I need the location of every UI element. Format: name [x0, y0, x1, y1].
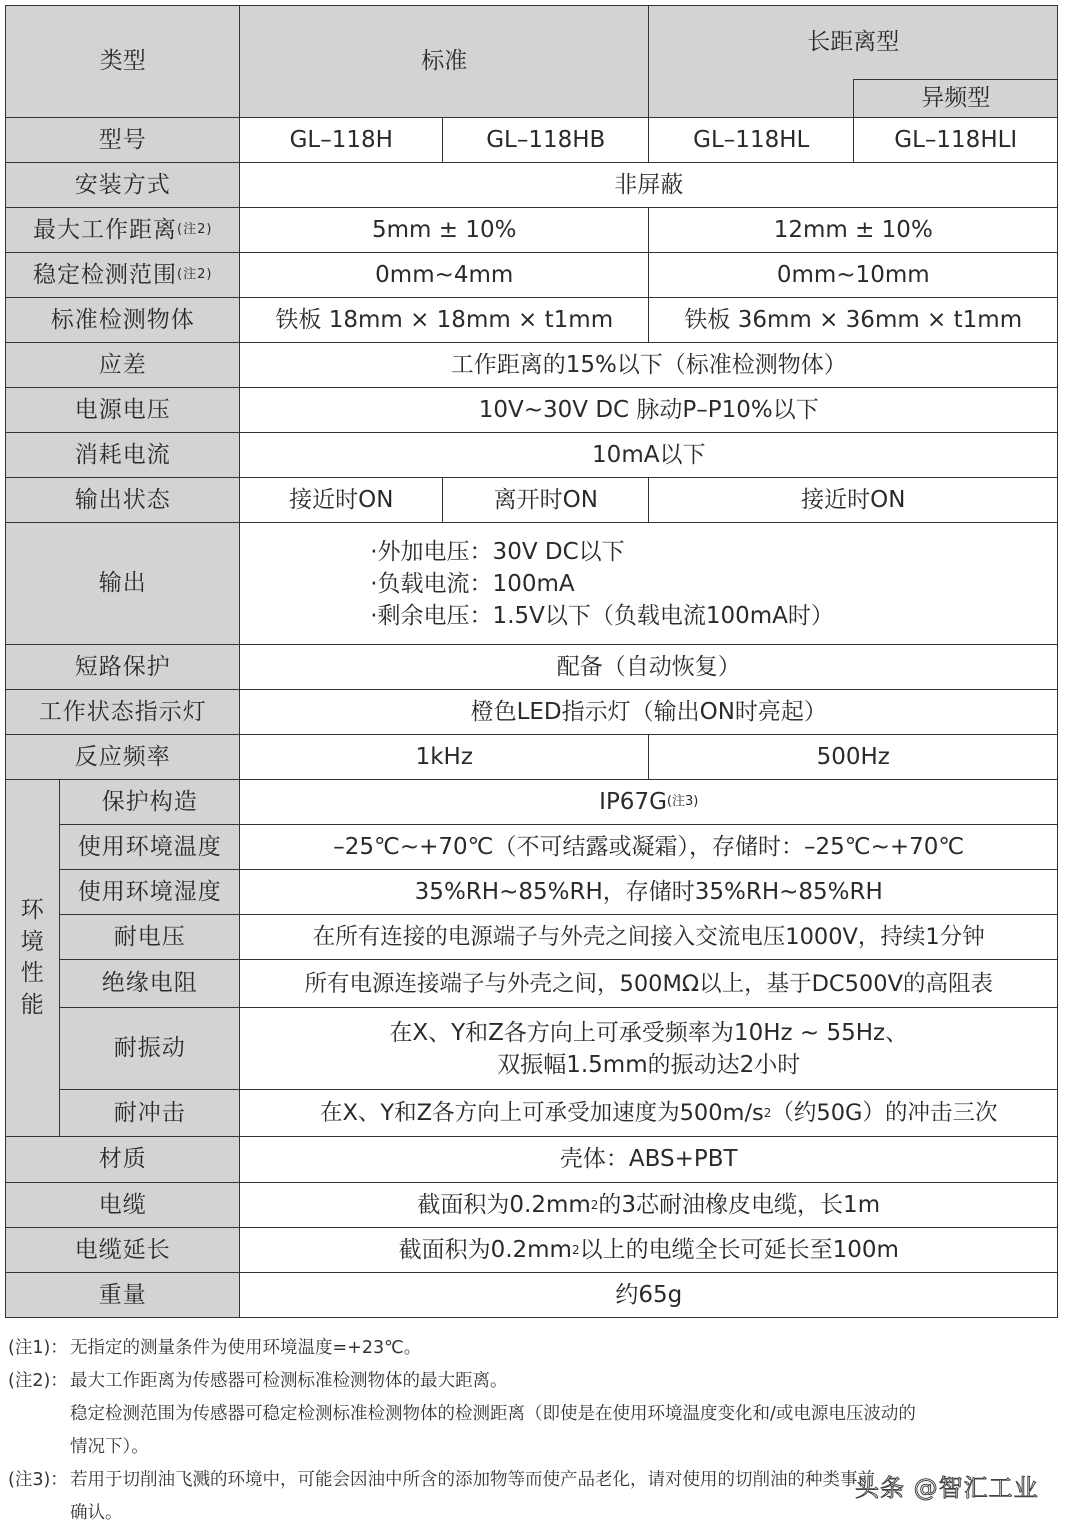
output-state-value: 接近时ON: [239, 477, 443, 523]
value-text: 10V~30V DC 脉动P–P10%以下: [479, 395, 819, 426]
label-text: 耐振动: [114, 1033, 186, 1064]
cable-value: 截面积为0.2mm2的3芯耐油橡皮电缆，长1m: [239, 1182, 1058, 1228]
label-text: 稳定检测范围: [33, 260, 177, 291]
value-text: 以上的电缆全长可延长至100m: [580, 1235, 899, 1266]
output-value-list: ·外加电压：30V DC以下 ·负载电流：100mA ·剩余电压：1.5V以下（…: [239, 522, 1058, 645]
model-cell: GL–118H: [239, 117, 443, 163]
value-text: 截面积为0.2mm: [417, 1190, 590, 1221]
row-label-indicator: 工作状态指示灯: [5, 689, 240, 735]
value-text: 12mm ± 10%: [774, 215, 933, 246]
value-text: 非屏蔽: [614, 170, 683, 201]
label-text: 最大工作距离: [33, 215, 177, 246]
row-label-cable: 电缆: [5, 1182, 240, 1228]
model-text: GL–118H: [290, 125, 393, 156]
weight-value: 约65g: [239, 1272, 1058, 1318]
label-text: 耐冲击: [114, 1098, 186, 1129]
header-standard: 标准: [239, 5, 649, 118]
value-text: 在所有连接的电源端子与外壳之间接入交流电压1000V，持续1分钟: [313, 922, 985, 952]
header-long-range: 长距离型: [648, 5, 1058, 80]
row-label-short-circuit: 短路保护: [5, 644, 240, 690]
value-text: 截面积为0.2mm: [399, 1235, 572, 1266]
row-label-model: 型号: [5, 117, 240, 163]
env-group-label: 环 境 性 能: [5, 779, 60, 1137]
indicator-value: 橙色LED指示灯（输出ON时亮起）: [239, 689, 1058, 735]
current-value: 10mA以下: [239, 432, 1058, 478]
label-text: 电缆: [99, 1190, 147, 1221]
label-text: 应差: [99, 350, 147, 381]
vibration-line: 双振幅1.5mm的振动达2小时: [497, 1049, 800, 1081]
short-circuit-value: 配备（自动恢复）: [239, 644, 1058, 690]
output-item: ·剩余电压：1.5V以下（负载电流100mA时）: [370, 600, 834, 632]
value-text: 所有电源连接端子与外壳之间，500MΩ以上，基于DC500V的高阻表: [305, 969, 993, 999]
note-text: 最大工作距离为传感器可检测标准检测物体的最大距离。: [70, 1365, 508, 1398]
value-text: 0mm~4mm: [375, 260, 513, 291]
stable-range-long: 0mm~10mm: [648, 252, 1058, 298]
value-text: （约50G）的冲击三次: [771, 1098, 997, 1128]
type-label-text: 类型: [100, 46, 146, 77]
row-label-stable-range: 稳定检测范围(注2): [5, 252, 240, 298]
model-text: GL–118HL: [693, 125, 809, 156]
value-text: 10mA以下: [592, 440, 705, 471]
model-cell: GL–118HB: [442, 117, 649, 163]
label-text: 电源电压: [75, 395, 171, 426]
label-text: 标准检测物体: [51, 305, 195, 336]
value-text: 铁板 18mm × 18mm × t1mm: [275, 305, 613, 336]
row-label-output-state: 输出状态: [5, 477, 240, 523]
model-cell: GL–118HL: [648, 117, 854, 163]
value-text: IP67G: [599, 787, 667, 818]
label-text: 保护构造: [102, 787, 198, 818]
output-state-value: 接近时ON: [648, 477, 1058, 523]
row-label-temperature: 使用环境温度: [59, 824, 240, 870]
label-text: 材质: [99, 1144, 147, 1175]
row-label-std-object: 标准检测物体: [5, 297, 240, 343]
value-text: 约65g: [615, 1280, 682, 1311]
note-1: (注1)： 无指定的测量条件为使用环境温度=+23℃。: [8, 1332, 1068, 1365]
group-char: 环: [21, 895, 45, 927]
withstand-voltage-value: 在所有连接的电源端子与外壳之间接入交流电压1000V，持续1分钟: [239, 914, 1058, 960]
label-text: 安装方式: [75, 170, 171, 201]
row-label-vibration: 耐振动: [59, 1007, 240, 1090]
label-text: 电缆延长: [75, 1235, 171, 1266]
different-freq-text: 异频型: [921, 83, 990, 114]
value-text: 工作距离的15%以下（标准检测物体）: [451, 350, 847, 381]
value-text: –25℃~+70℃（不可结露或凝霜），存储时：–25℃~+70℃: [333, 832, 964, 863]
group-char: 能: [21, 990, 45, 1022]
note-tag: (注3)：: [8, 1464, 70, 1497]
note-continuation: 情况下）。: [8, 1431, 1068, 1464]
value-text: 1kHz: [416, 742, 473, 773]
row-label-protection: 保护构造: [59, 779, 240, 825]
max-distance-long: 12mm ± 10%: [648, 207, 1058, 253]
row-label-response-freq: 反应频率: [5, 734, 240, 780]
label-text: 反应频率: [75, 742, 171, 773]
standard-text: 标准: [421, 46, 467, 77]
row-label-supply-voltage: 电源电压: [5, 387, 240, 433]
row-label-insulation: 绝缘电阻: [59, 959, 240, 1008]
value-text: 的3芯耐油橡皮电缆，长1m: [598, 1190, 880, 1221]
material-value: 壳体：ABS+PBT: [239, 1136, 1058, 1183]
note-tag: (注1)：: [8, 1332, 70, 1365]
protection-value: IP67G(注3): [239, 779, 1058, 825]
note-text: 若用于切削油飞溅的环境中，可能会因油中所含的添加物等而使产品老化，请对使用的切削…: [70, 1464, 875, 1497]
cable-extension-value: 截面积为0.2mm2以上的电缆全长可延长至100m: [239, 1227, 1058, 1273]
output-item: ·外加电压：30V DC以下: [370, 536, 624, 568]
insulation-value: 所有电源连接端子与外壳之间，500MΩ以上，基于DC500V的高阻表: [239, 959, 1058, 1008]
vibration-value: 在X、Y和Z各方向上可承受频率为10Hz ~ 55Hz、 双振幅1.5mm的振动…: [239, 1007, 1058, 1090]
output-item: ·负载电流：100mA: [370, 568, 574, 600]
header-long-range-gap: [648, 79, 854, 118]
row-label-withstand-voltage: 耐电压: [59, 914, 240, 960]
model-cell: GL–118HLI: [853, 117, 1058, 163]
model-text: GL–118HLI: [894, 125, 1017, 156]
label-text: 工作状态指示灯: [39, 697, 207, 728]
label-text: 使用环境湿度: [78, 877, 222, 908]
mounting-value: 非屏蔽: [239, 162, 1058, 208]
group-char: 性: [21, 958, 45, 990]
label-text: 型号: [99, 125, 147, 156]
value-text: 橙色LED指示灯（输出ON时亮起）: [471, 697, 827, 728]
row-label-shock: 耐冲击: [59, 1089, 240, 1137]
note-text: 无指定的测量条件为使用环境温度=+23℃。: [70, 1332, 421, 1365]
value-text: 接近时ON: [801, 485, 905, 516]
note-2: (注2)： 最大工作距离为传感器可检测标准检测物体的最大距离。: [8, 1365, 1068, 1398]
label-text: 耐电压: [114, 922, 186, 953]
stable-range-standard: 0mm~4mm: [239, 252, 649, 298]
row-label-current: 消耗电流: [5, 432, 240, 478]
supply-voltage-value: 10V~30V DC 脉动P–P10%以下: [239, 387, 1058, 433]
note-tag: (注2)：: [8, 1365, 70, 1398]
header-type-label: 类型: [5, 5, 240, 118]
long-range-text: 长距离型: [807, 27, 899, 58]
label-text: 消耗电流: [75, 440, 171, 471]
output-state-value: 离开时ON: [442, 477, 649, 523]
value-text: 接近时ON: [289, 485, 393, 516]
vibration-line: 在X、Y和Z各方向上可承受频率为10Hz ~ 55Hz、: [389, 1017, 908, 1049]
value-text: 5mm ± 10%: [372, 215, 516, 246]
label-text: 输出: [99, 568, 147, 599]
model-text: GL–118HB: [486, 125, 605, 156]
label-text: 重量: [99, 1280, 147, 1311]
row-label-cable-extension: 电缆延长: [5, 1227, 240, 1273]
watermark: 头条 @智汇工业: [855, 1468, 1039, 1503]
response-freq-standard: 1kHz: [239, 734, 649, 780]
row-label-weight: 重量: [5, 1272, 240, 1318]
label-text: 绝缘电阻: [102, 968, 198, 999]
label-text: 短路保护: [75, 652, 171, 683]
label-text: 使用环境温度: [78, 832, 222, 863]
row-label-max-distance: 最大工作距离(注2): [5, 207, 240, 253]
std-object-long: 铁板 36mm × 36mm × t1mm: [648, 297, 1058, 343]
row-label-output: 输出: [5, 522, 240, 645]
row-label-humidity: 使用环境湿度: [59, 869, 240, 915]
value-text: 离开时ON: [494, 485, 598, 516]
hysteresis-value: 工作距离的15%以下（标准检测物体）: [239, 342, 1058, 388]
row-label-mounting: 安装方式: [5, 162, 240, 208]
std-object-standard: 铁板 18mm × 18mm × t1mm: [239, 297, 649, 343]
label-text: 输出状态: [75, 485, 171, 516]
value-text: 500Hz: [817, 742, 890, 773]
value-text: 0mm~10mm: [777, 260, 930, 291]
value-text: 在X、Y和Z各方向上可承受加速度为500m/s: [320, 1098, 764, 1128]
value-text: 配备（自动恢复）: [557, 652, 741, 683]
value-text: 铁板 36mm × 36mm × t1mm: [684, 305, 1022, 336]
temperature-value: –25℃~+70℃（不可结露或凝霜），存储时：–25℃~+70℃: [239, 824, 1058, 870]
row-label-hysteresis: 应差: [5, 342, 240, 388]
value-text: 壳体：ABS+PBT: [560, 1144, 738, 1175]
humidity-value: 35%RH~85%RH，存储时35%RH~85%RH: [239, 869, 1058, 915]
group-char: 境: [21, 927, 45, 959]
max-distance-standard: 5mm ± 10%: [239, 207, 649, 253]
header-different-freq: 异频型: [853, 79, 1058, 118]
note-continuation: 稳定检测范围为传感器可稳定检测标准检测物体的检测距离（即使是在使用环境温度变化和…: [8, 1398, 1068, 1431]
response-freq-long: 500Hz: [648, 734, 1058, 780]
shock-value: 在X、Y和Z各方向上可承受加速度为500m/s2（约50G）的冲击三次: [239, 1089, 1058, 1137]
row-label-material: 材质: [5, 1136, 240, 1183]
value-text: 35%RH~85%RH，存储时35%RH~85%RH: [415, 877, 883, 908]
